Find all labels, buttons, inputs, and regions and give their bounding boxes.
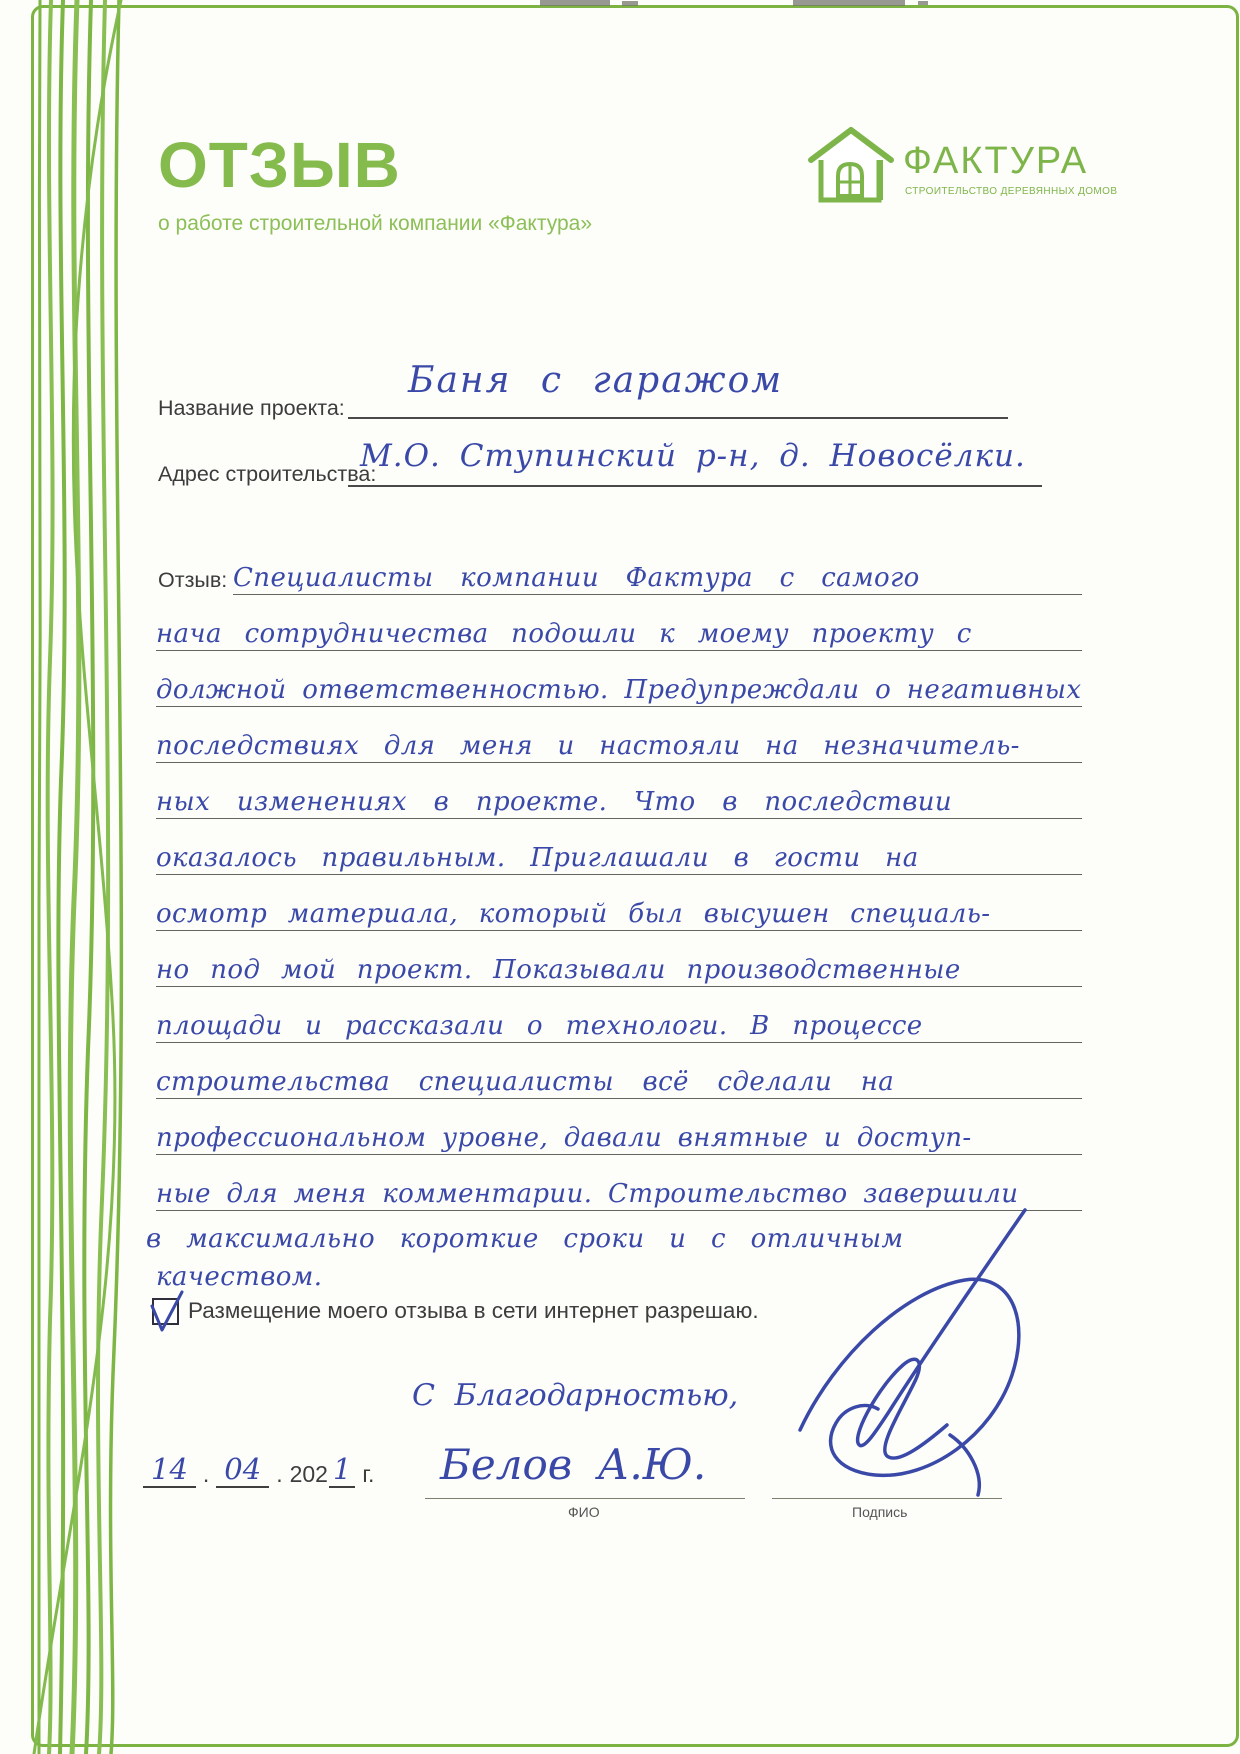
- review-line: осмотр материала, который был высушен сп…: [156, 883, 1082, 931]
- date-separator: .: [203, 1461, 209, 1488]
- house-icon: [805, 124, 897, 206]
- name-value: Белов А.Ю.: [440, 1440, 706, 1489]
- page-subtitle: о работе строительной компании «Фактура»: [158, 212, 592, 236]
- project-name-label: Название проекта:: [158, 396, 345, 421]
- date-month: 04: [216, 1452, 269, 1488]
- project-name-value: Баня с гаражом: [408, 360, 783, 401]
- review-line: ных изменениях в проекте. Что в последст…: [156, 771, 1082, 819]
- page-title: ОТЗЫВ: [158, 128, 401, 202]
- review-line: площади и рассказали о технологи. В проц…: [156, 995, 1082, 1043]
- review-line: качеством.: [156, 1252, 556, 1292]
- consent-label: Размещение моего отзыва в сети интернет …: [188, 1298, 759, 1324]
- scanned-review-form: ОТЗЫВ о работе строительной компании «Фа…: [0, 0, 1240, 1754]
- review-label: Отзыв:: [158, 568, 227, 593]
- date-day: 14: [143, 1452, 196, 1488]
- review-line-text: нача сотрудничества подошли к моему прое…: [156, 619, 972, 649]
- review-line-text: профессиональном уровне, давали внятные …: [156, 1123, 972, 1153]
- review-line-text: но под мой проект. Показывали производст…: [156, 955, 961, 985]
- review-line-text: последствиях для меня и настояли на незн…: [156, 731, 1020, 761]
- review-line-text: осмотр материала, который был высушен сп…: [156, 899, 990, 929]
- review-line: профессиональном уровне, давали внятные …: [156, 1107, 1082, 1155]
- review-line: нача сотрудничества подошли к моему прое…: [156, 603, 1082, 651]
- checkmark-icon: [146, 1288, 188, 1334]
- date-separator: .: [276, 1461, 282, 1488]
- date-row: 14 . 04 . 202 1 г.: [143, 1452, 374, 1488]
- date-year-printed: 202: [290, 1461, 328, 1488]
- name-caption: ФИО: [568, 1504, 600, 1520]
- review-line: должной ответственностью. Предупреждали …: [156, 659, 1082, 707]
- address-value: М.О. Ступинский р-н, д. Новосёлки.: [360, 438, 1026, 474]
- review-line: строительства специалисты всё сделали на: [156, 1051, 1082, 1099]
- review-line: но под мой проект. Показывали производст…: [156, 939, 1082, 987]
- scan-artifact: [622, 1, 638, 6]
- logo-tagline: СТРОИТЕЛЬСТВО ДЕРЕВЯННЫХ ДОМОВ: [905, 186, 1117, 197]
- review-line: последствиях для меня и настояли на незн…: [156, 715, 1082, 763]
- scan-artifact: [918, 1, 928, 5]
- logo-name: ФАКТУРА: [903, 140, 1088, 183]
- review-line-text: Специалисты компании Фактура с самого: [233, 563, 920, 593]
- signature-caption: Подпись: [852, 1504, 907, 1520]
- review-line-text: ных изменениях в проекте. Что в последст…: [156, 787, 952, 817]
- review-line-text: площади и рассказали о технологи. В проц…: [156, 1011, 923, 1041]
- thanks-note: С Благодарностью,: [412, 1378, 738, 1413]
- scan-artifact: [793, 0, 905, 6]
- review-line-text: должной ответственностью. Предупреждали …: [156, 675, 1081, 705]
- date-suffix: г.: [362, 1461, 374, 1488]
- review-line-text: строительства специалисты всё сделали на: [156, 1067, 894, 1097]
- signature: [740, 1195, 1040, 1525]
- scan-artifact: [540, 0, 610, 6]
- review-line: Специалисты компании Фактура с самого: [233, 547, 1082, 595]
- review-line: оказалось правильным. Приглашали в гости…: [156, 827, 1082, 875]
- address-label: Адрес строительства:: [158, 462, 376, 487]
- date-year-digit: 1: [329, 1452, 355, 1488]
- wavy-lines-decoration: [0, 0, 150, 1754]
- review-line-text: оказалось правильным. Приглашали в гости…: [156, 843, 919, 873]
